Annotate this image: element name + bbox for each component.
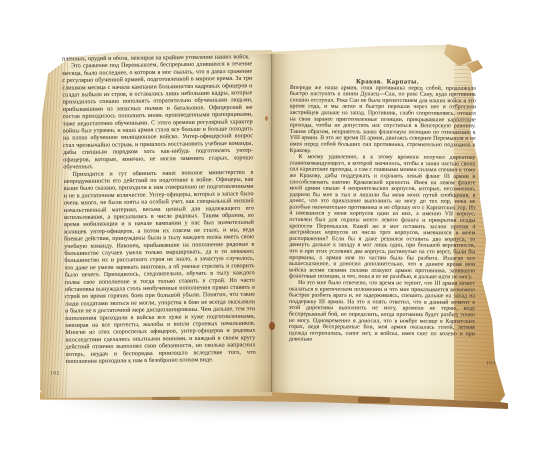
body-text-paragraph: Приходится и тут обвинять наше военное м… [63,168,255,365]
foxing-spot [269,322,275,330]
body-text-paragraph: На это мне было отвечено, что время не т… [289,279,475,343]
page-number-right: 103 [486,360,496,366]
foxing-spot [265,116,268,121]
body-text-paragraph: К моему удивлению, я к этому времени пол… [289,154,476,281]
book-photo: пленных, орудий и обоза, невзирая на кра… [0,0,550,450]
right-page-text: Краков. Карпаты. Впереди же наша армия, … [289,78,476,343]
body-text-paragraph: Это сражение под Перемышлем, беспрерывно… [62,60,253,170]
page-gutter [252,54,294,392]
page-number-left: 102 [50,370,60,376]
body-text-paragraph: Впереди же наша армия, гоня противника п… [290,84,476,154]
left-page-text: пленных, орудий и обоза, невзирая на кра… [62,53,256,365]
